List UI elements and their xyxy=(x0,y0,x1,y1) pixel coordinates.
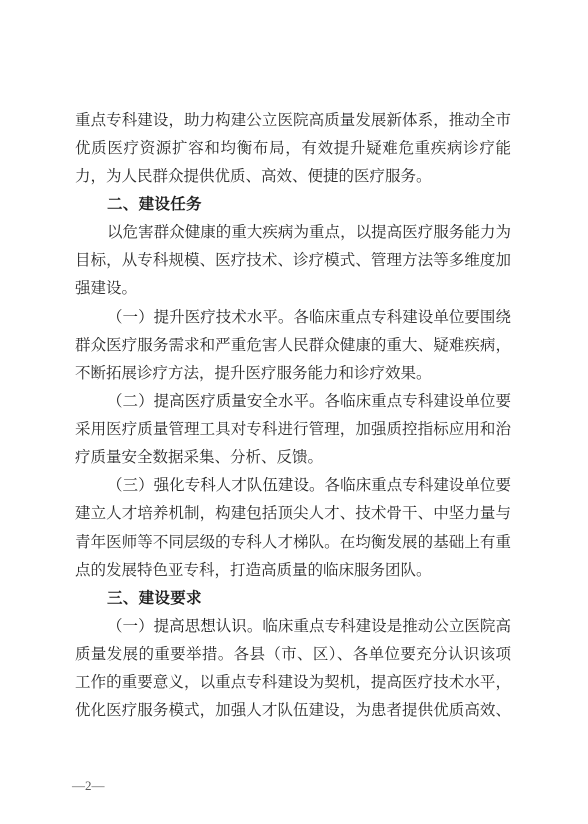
subsection-title: （二）提高医疗质量安全水平。 xyxy=(107,392,325,410)
paragraph-line: 质量发展的重要举措。各县（市、区）、各单位要充分认识该项 xyxy=(75,640,511,668)
subsection-text: 各临床重点专科建设单位要 xyxy=(325,392,511,410)
document-page: 重点专科建设，助力构建公立医院高质量发展新体系，推动全市 优质医疗资源扩容和均衡… xyxy=(0,0,588,824)
section-heading-construction-requirements: 三、建设要求 xyxy=(107,584,511,612)
subsection-first-line: （二）提高医疗质量安全水平。各临床重点专科建设单位要 xyxy=(107,387,511,415)
subsection-title: （三）强化专科人才队伍建设。 xyxy=(107,476,325,494)
subsection-title: （一）提升医疗技术水平。 xyxy=(107,308,293,326)
paragraph-line: 群众医疗服务需求和严重危害人民群众健康的重大、疑难疾病， xyxy=(75,331,511,359)
section-heading-construction-tasks: 二、建设任务 xyxy=(107,190,511,218)
subsection-text: 临床重点专科建设是推动公立医院高 xyxy=(262,617,511,635)
paragraph-line: 工作的重要意义，以重点专科建设为契机，提高医疗技术水平， xyxy=(75,668,511,696)
paragraph-line: 目标，从专科规模、医疗技术、诊疗模式、管理方法等多维度加 xyxy=(75,246,511,274)
paragraph-line: 采用医疗质量管理工具对专科进行管理，加强质控指标应用和治 xyxy=(75,415,511,443)
subsection-title: （一）提高思想认识。 xyxy=(107,617,262,635)
subsection-text: 各临床重点专科建设单位要 xyxy=(325,476,511,494)
paragraph-line: 建立人才培养机制，构建包括顶尖人才、技术骨干、中坚力量与 xyxy=(75,499,511,527)
paragraph-line: 重点专科建设，助力构建公立医院高质量发展新体系，推动全市 xyxy=(75,106,511,134)
paragraph-line: 力，为人民群众提供优质、高效、便捷的医疗服务。 xyxy=(75,162,511,190)
subsection-first-line: （三）强化专科人才队伍建设。各临床重点专科建设单位要 xyxy=(107,471,511,499)
page-number: —2— xyxy=(72,777,105,795)
paragraph-line: 以危害群众健康的重大疾病为重点，以提高医疗服务能力为 xyxy=(107,218,511,246)
paragraph-line: 优质医疗资源扩容和均衡布局，有效提升疑难危重疾病诊疗能 xyxy=(75,134,511,162)
subsection-text: 各临床重点专科建设单位要围绕 xyxy=(293,308,511,326)
paragraph-line: 不断拓展诊疗方法，提升医疗服务能力和诊疗效果。 xyxy=(75,359,511,387)
paragraph-line: 强建设。 xyxy=(75,274,511,302)
subsection-first-line: （一）提升医疗技术水平。各临床重点专科建设单位要围绕 xyxy=(107,303,511,331)
paragraph-line: 青年医师等不同层级的专科人才梯队。在均衡发展的基础上有重 xyxy=(75,528,511,556)
paragraph-line: 优化医疗服务模式，加强人才队伍建设，为患者提供优质高效、 xyxy=(75,696,511,724)
paragraph-line: 疗质量安全数据采集、分析、反馈。 xyxy=(75,443,511,471)
subsection-first-line: （一）提高思想认识。临床重点专科建设是推动公立医院高 xyxy=(107,612,511,640)
paragraph-line: 点的发展特色亚专科，打造高质量的临床服务团队。 xyxy=(75,556,511,584)
